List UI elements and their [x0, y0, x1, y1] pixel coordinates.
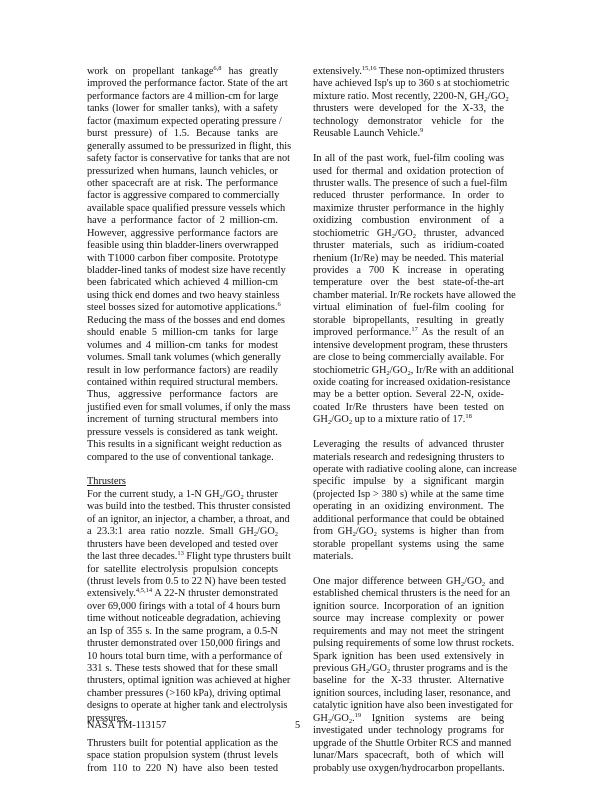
text-line: materials. [313, 551, 504, 563]
section-heading-thrusters: Thrusters [87, 476, 278, 488]
text-line: established chemical thrusters is the ne… [313, 588, 504, 600]
text-line: rhenium (Ir/Re) may be needed. This mate… [313, 253, 504, 265]
text-line: operate with radiative cooling alone, ca… [313, 464, 504, 476]
text-line: from GH2/GO2 systems is higher than from [313, 526, 504, 538]
text-line: (projected Isp > 380 s) while at the sam… [313, 489, 504, 501]
text-line: contained within required structural mem… [87, 377, 278, 389]
text-line: improved performance.17 As the result of… [313, 327, 504, 339]
text-line: compared to the use of conventional tank… [87, 452, 278, 464]
text-line: using thick end domes and two heavy stai… [87, 290, 278, 302]
text-line: ignition source. Incorporation of an ign… [313, 601, 504, 613]
text-line: bladder-lined tanks of modest size have … [87, 265, 278, 277]
text-line: oxide coating for increased oxidation-re… [313, 377, 504, 389]
text-line: from 110 to 220 N) have also been tested [87, 763, 278, 775]
document-page: work on propellant tankage6,8 has greatl… [0, 0, 610, 792]
text-line: used for thermal and oxidation protectio… [313, 166, 504, 178]
text-line: stochiometric GH2/GO2, Ir/Re with an add… [313, 365, 504, 377]
text-line: thrusters, optimal ignition was achieved… [87, 675, 278, 687]
text-line: factor (maximum expected operating press… [87, 116, 278, 128]
text-line: burst pressure) of 1.5. Because tanks ar… [87, 128, 278, 140]
text-line: catalytic ignition have also been invest… [313, 700, 504, 712]
text-line: performance factors are 4 million-cm for… [87, 91, 278, 103]
text-line: justified even for small volumes, if onl… [87, 402, 278, 414]
text-line: safety factor is conservative for tanks … [87, 153, 278, 165]
text-line: For the current study, a 1-N GH2/GO2 thr… [87, 489, 278, 501]
text-line: a 23.3:1 area ratio nozzle. Small GH2/GO… [87, 526, 278, 538]
text-line: improved the performance factor. State o… [87, 78, 278, 90]
text-line: available space qualified pressure vesse… [87, 203, 278, 215]
report-id: NASA TM-113157 [87, 720, 166, 731]
text-line: time without noticeable degradation, ach… [87, 613, 278, 625]
text-line: materials research and redesigning thrus… [313, 452, 504, 464]
text-line: over 69,000 firings with a total of 4 ho… [87, 601, 278, 613]
text-line: virtual elimination of fuel-film cooling… [313, 302, 504, 314]
text-line: stochiometric GH2/GO2 thruster, advanced [313, 228, 504, 240]
text-line: have a performance factor of 2 million-c… [87, 215, 278, 227]
text-line: thruster walls. The presence of such a f… [313, 178, 504, 190]
text-line: temperature over the best state-of-the-a… [313, 277, 504, 289]
text-line: provides a 700 K increase in operating [313, 265, 504, 277]
text-line: Spark ignition has been used extensively… [313, 651, 504, 663]
text-line: technology demonstrator vehicle for the [313, 116, 504, 128]
paragraph-leveraging: Leveraging the results of advanced thrus… [313, 439, 504, 563]
paragraph-fuel-film: In all of the past work, fuel-film cooli… [313, 153, 504, 427]
text-line: steel bosses sized for automotive applic… [87, 302, 278, 314]
text-line: investigated under technology programs f… [313, 725, 504, 737]
text-line: other spacecraft are at risk. The perfor… [87, 178, 278, 190]
text-line: 331 s. These tests showed that for these… [87, 663, 278, 675]
text-line: factor is aggressive compared to commerc… [87, 190, 278, 202]
text-line: the last three decades.13 Flight type th… [87, 551, 278, 563]
text-line: volumes and 4 million-cm tanks for modes… [87, 340, 278, 352]
right-column: extensively.15,16 These non-optimized th… [313, 66, 504, 787]
text-line: GH2/GO2.19 Ignition systems are being [313, 713, 504, 725]
paragraph-current-study: For the current study, a 1-N GH2/GO2 thr… [87, 489, 278, 725]
text-line: extensively.15,16 These non-optimized th… [313, 66, 504, 78]
text-line: for satellite electrolysis propulsion co… [87, 564, 278, 576]
text-line: volumes. Small tank volumes (which gener… [87, 352, 278, 364]
text-line: pressure vessels is considered as tank w… [87, 427, 278, 439]
text-line: intensive development program, these thr… [313, 340, 504, 352]
text-line: reduced thruster performance. In order t… [313, 190, 504, 202]
text-line: Reusable Launch Vehicle.9 [313, 128, 504, 140]
text-line: result in low performance factors) are r… [87, 365, 278, 377]
text-line: may be a better option. Several 22-N, ox… [313, 389, 504, 401]
paragraph-ignition: One major difference between GH2/GO2 and… [313, 576, 504, 775]
text-line: additional performance that could be obt… [313, 514, 504, 526]
text-line: probably use oxygen/hydrocarbon propella… [313, 763, 504, 775]
text-line: an Isp of 355 s. In the same program, a … [87, 626, 278, 638]
text-line: storable bipropellants, resulting in gre… [313, 315, 504, 327]
text-line: increment of turning structural members … [87, 414, 278, 426]
text-line: One major difference between GH2/GO2 and [313, 576, 504, 588]
text-line: generally assumed to be pressurized in f… [87, 141, 278, 153]
text-line: Reducing the mass of the bosses and end … [87, 315, 278, 327]
text-line: previous GH2/GO2 thruster programs and i… [313, 663, 504, 675]
text-line: of an ignitor, an injector, a chamber, a… [87, 514, 278, 526]
text-line: are close to being commercially availabl… [313, 352, 504, 364]
text-line: space station propulsion system (thrust … [87, 750, 278, 762]
text-line: been fabricated which achieved 4 million… [87, 277, 278, 289]
text-line: chamber material. Ir/Re rockets have all… [313, 290, 504, 302]
paragraph-non-optimized: extensively.15,16 These non-optimized th… [313, 66, 504, 141]
text-line: Leveraging the results of advanced thrus… [313, 439, 504, 451]
text-line: coated Ir/Re thrusters have been tested … [313, 402, 504, 414]
text-line: mixture ratio. Most recently, 2200-N, GH… [313, 91, 504, 103]
text-line: was build into the testbed. This thruste… [87, 501, 278, 513]
text-line: source may increase complexity or power [313, 613, 504, 625]
text-line: pressurized when humans, launch vehicles… [87, 166, 278, 178]
text-line: 10 hours total burn time, with a perform… [87, 651, 278, 663]
page-number: 5 [295, 720, 300, 731]
text-line: should enable 5 million-cm tanks for lar… [87, 327, 278, 339]
text-line: requirements and may not meet the string… [313, 626, 504, 638]
text-line: thruster demonstrated over 150,000 firin… [87, 638, 278, 650]
text-line: with T1000 carbon fiber composite. Proto… [87, 253, 278, 265]
text-line: chamber pressures (>160 kPa), driving op… [87, 688, 278, 700]
text-line: lunar/Mars spacecraft, both of which wil… [313, 750, 504, 762]
text-line: Thus, aggressive performance factors are [87, 389, 278, 401]
text-line: baseline for the X-33 thruster. Alternat… [313, 675, 504, 687]
text-line: thruster materials, such as iridium-coat… [313, 240, 504, 252]
text-line: (thrust levels from 0.5 to 22 N) have be… [87, 576, 278, 588]
text-line: Thrusters built for potential applicatio… [87, 738, 278, 750]
text-line: ignition sources, including laser, reson… [313, 688, 504, 700]
text-line: have achieved Isp's up to 360 s at stoch… [313, 78, 504, 90]
text-line: In all of the past work, fuel-film cooli… [313, 153, 504, 165]
text-line: tanks (lower for smaller tanks), with a … [87, 103, 278, 115]
text-line: However, aggressive performance factors … [87, 228, 278, 240]
text-line: storable propellant systems using the sa… [313, 539, 504, 551]
text-line: work on propellant tankage6,8 has greatl… [87, 66, 278, 78]
left-column: work on propellant tankage6,8 has greatl… [87, 66, 278, 787]
text-line: thrusters were developed for the X-33, t… [313, 103, 504, 115]
text-line: pulsing requirements of some low thrust … [313, 638, 504, 650]
text-line: maximize thruster performance in the hig… [313, 203, 504, 215]
text-line: GH2/GO2 up to a mixture ratio of 17.18 [313, 414, 504, 426]
text-line: specific impulse by a significant margin [313, 476, 504, 488]
text-line: This results in a significant weight red… [87, 439, 278, 451]
text-line: upgrade of the Shuttle Orbiter RCS and m… [313, 738, 504, 750]
text-line: designs to operate at higher tank and el… [87, 700, 278, 712]
text-line: extensively.4,5,14 A 22-N thruster demon… [87, 588, 278, 600]
paragraph-tankage: work on propellant tankage6,8 has greatl… [87, 66, 278, 464]
text-line: operating in an oxidizing environment. T… [313, 501, 504, 513]
text-line: feasible using thin bladder-liners overw… [87, 240, 278, 252]
text-line: oxidizing combustion environment of a [313, 215, 504, 227]
paragraph-space-station: Thrusters built for potential applicatio… [87, 738, 278, 775]
